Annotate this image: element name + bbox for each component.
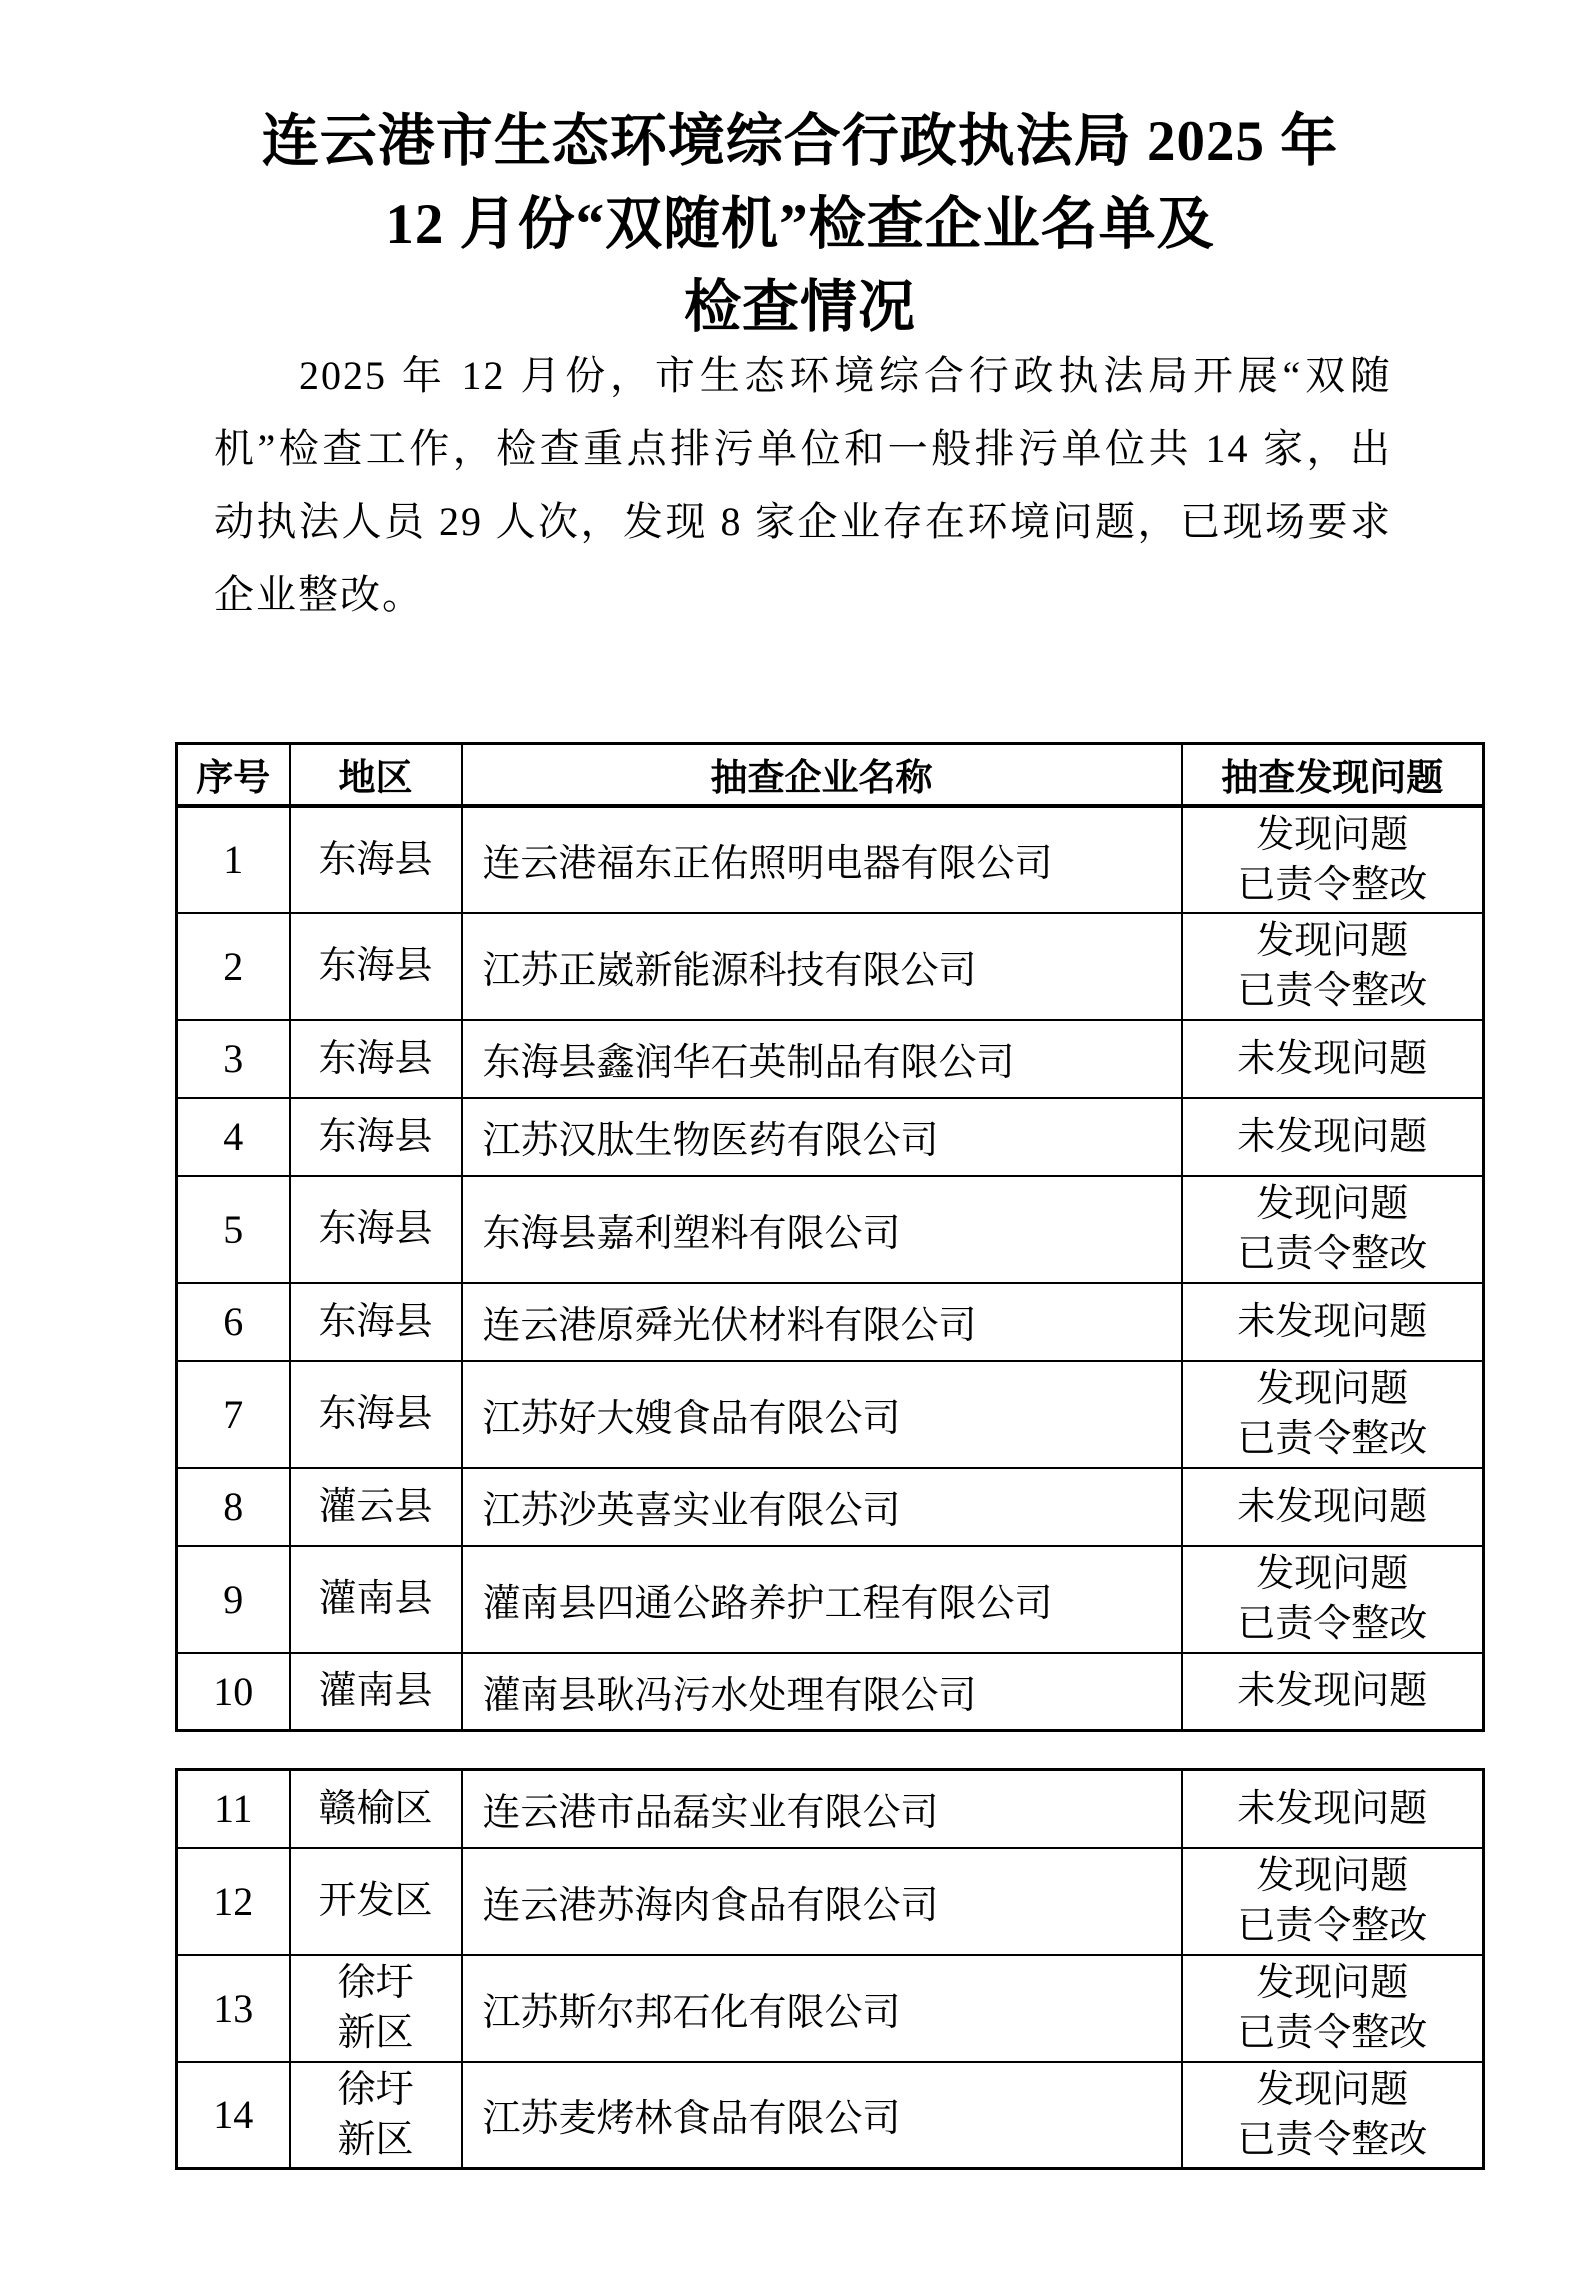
header-inspection-result: 抽查发现问题 xyxy=(1182,744,1484,806)
table-row: 8 灌云县 江苏沙英喜实业有限公司 未发现问题 xyxy=(177,1468,1484,1546)
header-region: 地区 xyxy=(290,744,462,806)
document-title: 连云港市生态环境综合行政执法局 2025 年 12 月份“双随机”检查企业名单及… xyxy=(210,100,1390,349)
row-region-cell: 开发区 xyxy=(290,1848,462,1955)
row-serial-number-cell: 1 xyxy=(177,806,290,913)
row-inspection-result-cell: 发现问题 已责令整改 xyxy=(1182,1361,1484,1468)
row-company-name-cell: 东海县鑫润华石英制品有限公司 xyxy=(462,1020,1182,1098)
row-company-name-cell: 连云港原舜光伏材料有限公司 xyxy=(462,1283,1182,1361)
row-region-cell: 灌南县 xyxy=(290,1653,462,1731)
header-serial-number: 序号 xyxy=(177,744,290,806)
row-serial-number-cell: 13 xyxy=(177,1955,290,2062)
table-1-body: 1 东海县 连云港福东正佑照明电器有限公司 发现问题 已责令整改 2 东海县 江… xyxy=(177,806,1484,1731)
row-serial-number-cell: 9 xyxy=(177,1546,290,1653)
row-inspection-result-cell: 发现问题 已责令整改 xyxy=(1182,2062,1484,2169)
table-row: 14 徐圩 新区 江苏麦烤林食品有限公司 发现问题 已责令整改 xyxy=(177,2062,1484,2169)
row-company-name-cell: 江苏正崴新能源科技有限公司 xyxy=(462,913,1182,1020)
row-region-cell: 东海县 xyxy=(290,1176,462,1283)
table-row: 1 东海县 连云港福东正佑照明电器有限公司 发现问题 已责令整改 xyxy=(177,806,1484,913)
row-region-cell: 东海县 xyxy=(290,1098,462,1176)
row-inspection-result-cell: 发现问题 已责令整改 xyxy=(1182,1955,1484,2062)
row-company-name-cell: 东海县嘉利塑料有限公司 xyxy=(462,1176,1182,1283)
table-header-row: 序号 地区 抽查企业名称 抽查发现问题 xyxy=(177,744,1484,806)
row-region-cell: 东海县 xyxy=(290,1020,462,1098)
row-company-name-cell: 江苏好大嫂食品有限公司 xyxy=(462,1361,1182,1468)
document-page: 连云港市生态环境综合行政执法局 2025 年 12 月份“双随机”检查企业名单及… xyxy=(0,0,1587,2284)
row-company-name-cell: 连云港苏海肉食品有限公司 xyxy=(462,1848,1182,1955)
table-row: 10 灌南县 灌南县耿冯污水处理有限公司 未发现问题 xyxy=(177,1653,1484,1731)
table-row: 11 赣榆区 连云港市品磊实业有限公司 未发现问题 xyxy=(177,1770,1484,1848)
table-row: 2 东海县 江苏正崴新能源科技有限公司 发现问题 已责令整改 xyxy=(177,913,1484,1020)
row-inspection-result-cell: 未发现问题 xyxy=(1182,1098,1484,1176)
row-inspection-result-cell: 未发现问题 xyxy=(1182,1653,1484,1731)
table-row: 3 东海县 东海县鑫润华石英制品有限公司 未发现问题 xyxy=(177,1020,1484,1098)
inspection-table-part-2: 11 赣榆区 连云港市品磊实业有限公司 未发现问题 12 开发区 连云港苏海肉食… xyxy=(175,1768,1485,2170)
row-serial-number-cell: 4 xyxy=(177,1098,290,1176)
row-company-name-cell: 江苏汉肽生物医药有限公司 xyxy=(462,1098,1182,1176)
row-serial-number-cell: 6 xyxy=(177,1283,290,1361)
row-serial-number-cell: 10 xyxy=(177,1653,290,1731)
row-serial-number-cell: 3 xyxy=(177,1020,290,1098)
row-serial-number-cell: 14 xyxy=(177,2062,290,2169)
row-inspection-result-cell: 未发现问题 xyxy=(1182,1283,1484,1361)
title-line-2: 12 月份“双随机”检查企业名单及 xyxy=(210,183,1390,266)
table-row: 7 东海县 江苏好大嫂食品有限公司 发现问题 已责令整改 xyxy=(177,1361,1484,1468)
row-company-name-cell: 灌南县耿冯污水处理有限公司 xyxy=(462,1653,1182,1731)
row-serial-number-cell: 7 xyxy=(177,1361,290,1468)
table-2-body: 11 赣榆区 连云港市品磊实业有限公司 未发现问题 12 开发区 连云港苏海肉食… xyxy=(177,1770,1484,2169)
row-region-cell: 东海县 xyxy=(290,1283,462,1361)
row-inspection-result-cell: 发现问题 已责令整改 xyxy=(1182,913,1484,1020)
row-region-cell: 东海县 xyxy=(290,806,462,913)
table-row: 12 开发区 连云港苏海肉食品有限公司 发现问题 已责令整改 xyxy=(177,1848,1484,1955)
table-row: 13 徐圩 新区 江苏斯尔邦石化有限公司 发现问题 已责令整改 xyxy=(177,1955,1484,2062)
row-region-cell: 东海县 xyxy=(290,913,462,1020)
header-company-name: 抽查企业名称 xyxy=(462,744,1182,806)
row-inspection-result-cell: 未发现问题 xyxy=(1182,1770,1484,1848)
row-serial-number-cell: 12 xyxy=(177,1848,290,1955)
row-region-cell: 赣榆区 xyxy=(290,1770,462,1848)
row-inspection-result-cell: 发现问题 已责令整改 xyxy=(1182,806,1484,913)
row-company-name-cell: 江苏沙英喜实业有限公司 xyxy=(462,1468,1182,1546)
row-region-cell: 徐圩 新区 xyxy=(290,2062,462,2169)
intro-paragraph: 2025 年 12 月份，市生态环境综合行政执法局开展“双随机”检查工作，检查重… xyxy=(214,339,1392,631)
table-row: 5 东海县 东海县嘉利塑料有限公司 发现问题 已责令整改 xyxy=(177,1176,1484,1283)
row-company-name-cell: 连云港市品磊实业有限公司 xyxy=(462,1770,1182,1848)
table-row: 6 东海县 连云港原舜光伏材料有限公司 未发现问题 xyxy=(177,1283,1484,1361)
inspection-table-part-1: 序号 地区 抽查企业名称 抽查发现问题 1 东海县 连云港福东正佑照明电器有限公… xyxy=(175,742,1485,1732)
title-line-3: 检查情况 xyxy=(210,266,1390,349)
row-company-name-cell: 灌南县四通公路养护工程有限公司 xyxy=(462,1546,1182,1653)
row-inspection-result-cell: 发现问题 已责令整改 xyxy=(1182,1176,1484,1283)
row-serial-number-cell: 11 xyxy=(177,1770,290,1848)
row-company-name-cell: 连云港福东正佑照明电器有限公司 xyxy=(462,806,1182,913)
title-line-1: 连云港市生态环境综合行政执法局 2025 年 xyxy=(210,100,1390,183)
table-row: 4 东海县 江苏汉肽生物医药有限公司 未发现问题 xyxy=(177,1098,1484,1176)
row-region-cell: 徐圩 新区 xyxy=(290,1955,462,2062)
row-company-name-cell: 江苏斯尔邦石化有限公司 xyxy=(462,1955,1182,2062)
row-region-cell: 灌南县 xyxy=(290,1546,462,1653)
row-serial-number-cell: 5 xyxy=(177,1176,290,1283)
row-serial-number-cell: 2 xyxy=(177,913,290,1020)
row-region-cell: 东海县 xyxy=(290,1361,462,1468)
row-company-name-cell: 江苏麦烤林食品有限公司 xyxy=(462,2062,1182,2169)
row-serial-number-cell: 8 xyxy=(177,1468,290,1546)
row-inspection-result-cell: 发现问题 已责令整改 xyxy=(1182,1848,1484,1955)
row-region-cell: 灌云县 xyxy=(290,1468,462,1546)
row-inspection-result-cell: 未发现问题 xyxy=(1182,1020,1484,1098)
row-inspection-result-cell: 未发现问题 xyxy=(1182,1468,1484,1546)
table-row: 9 灌南县 灌南县四通公路养护工程有限公司 发现问题 已责令整改 xyxy=(177,1546,1484,1653)
row-inspection-result-cell: 发现问题 已责令整改 xyxy=(1182,1546,1484,1653)
